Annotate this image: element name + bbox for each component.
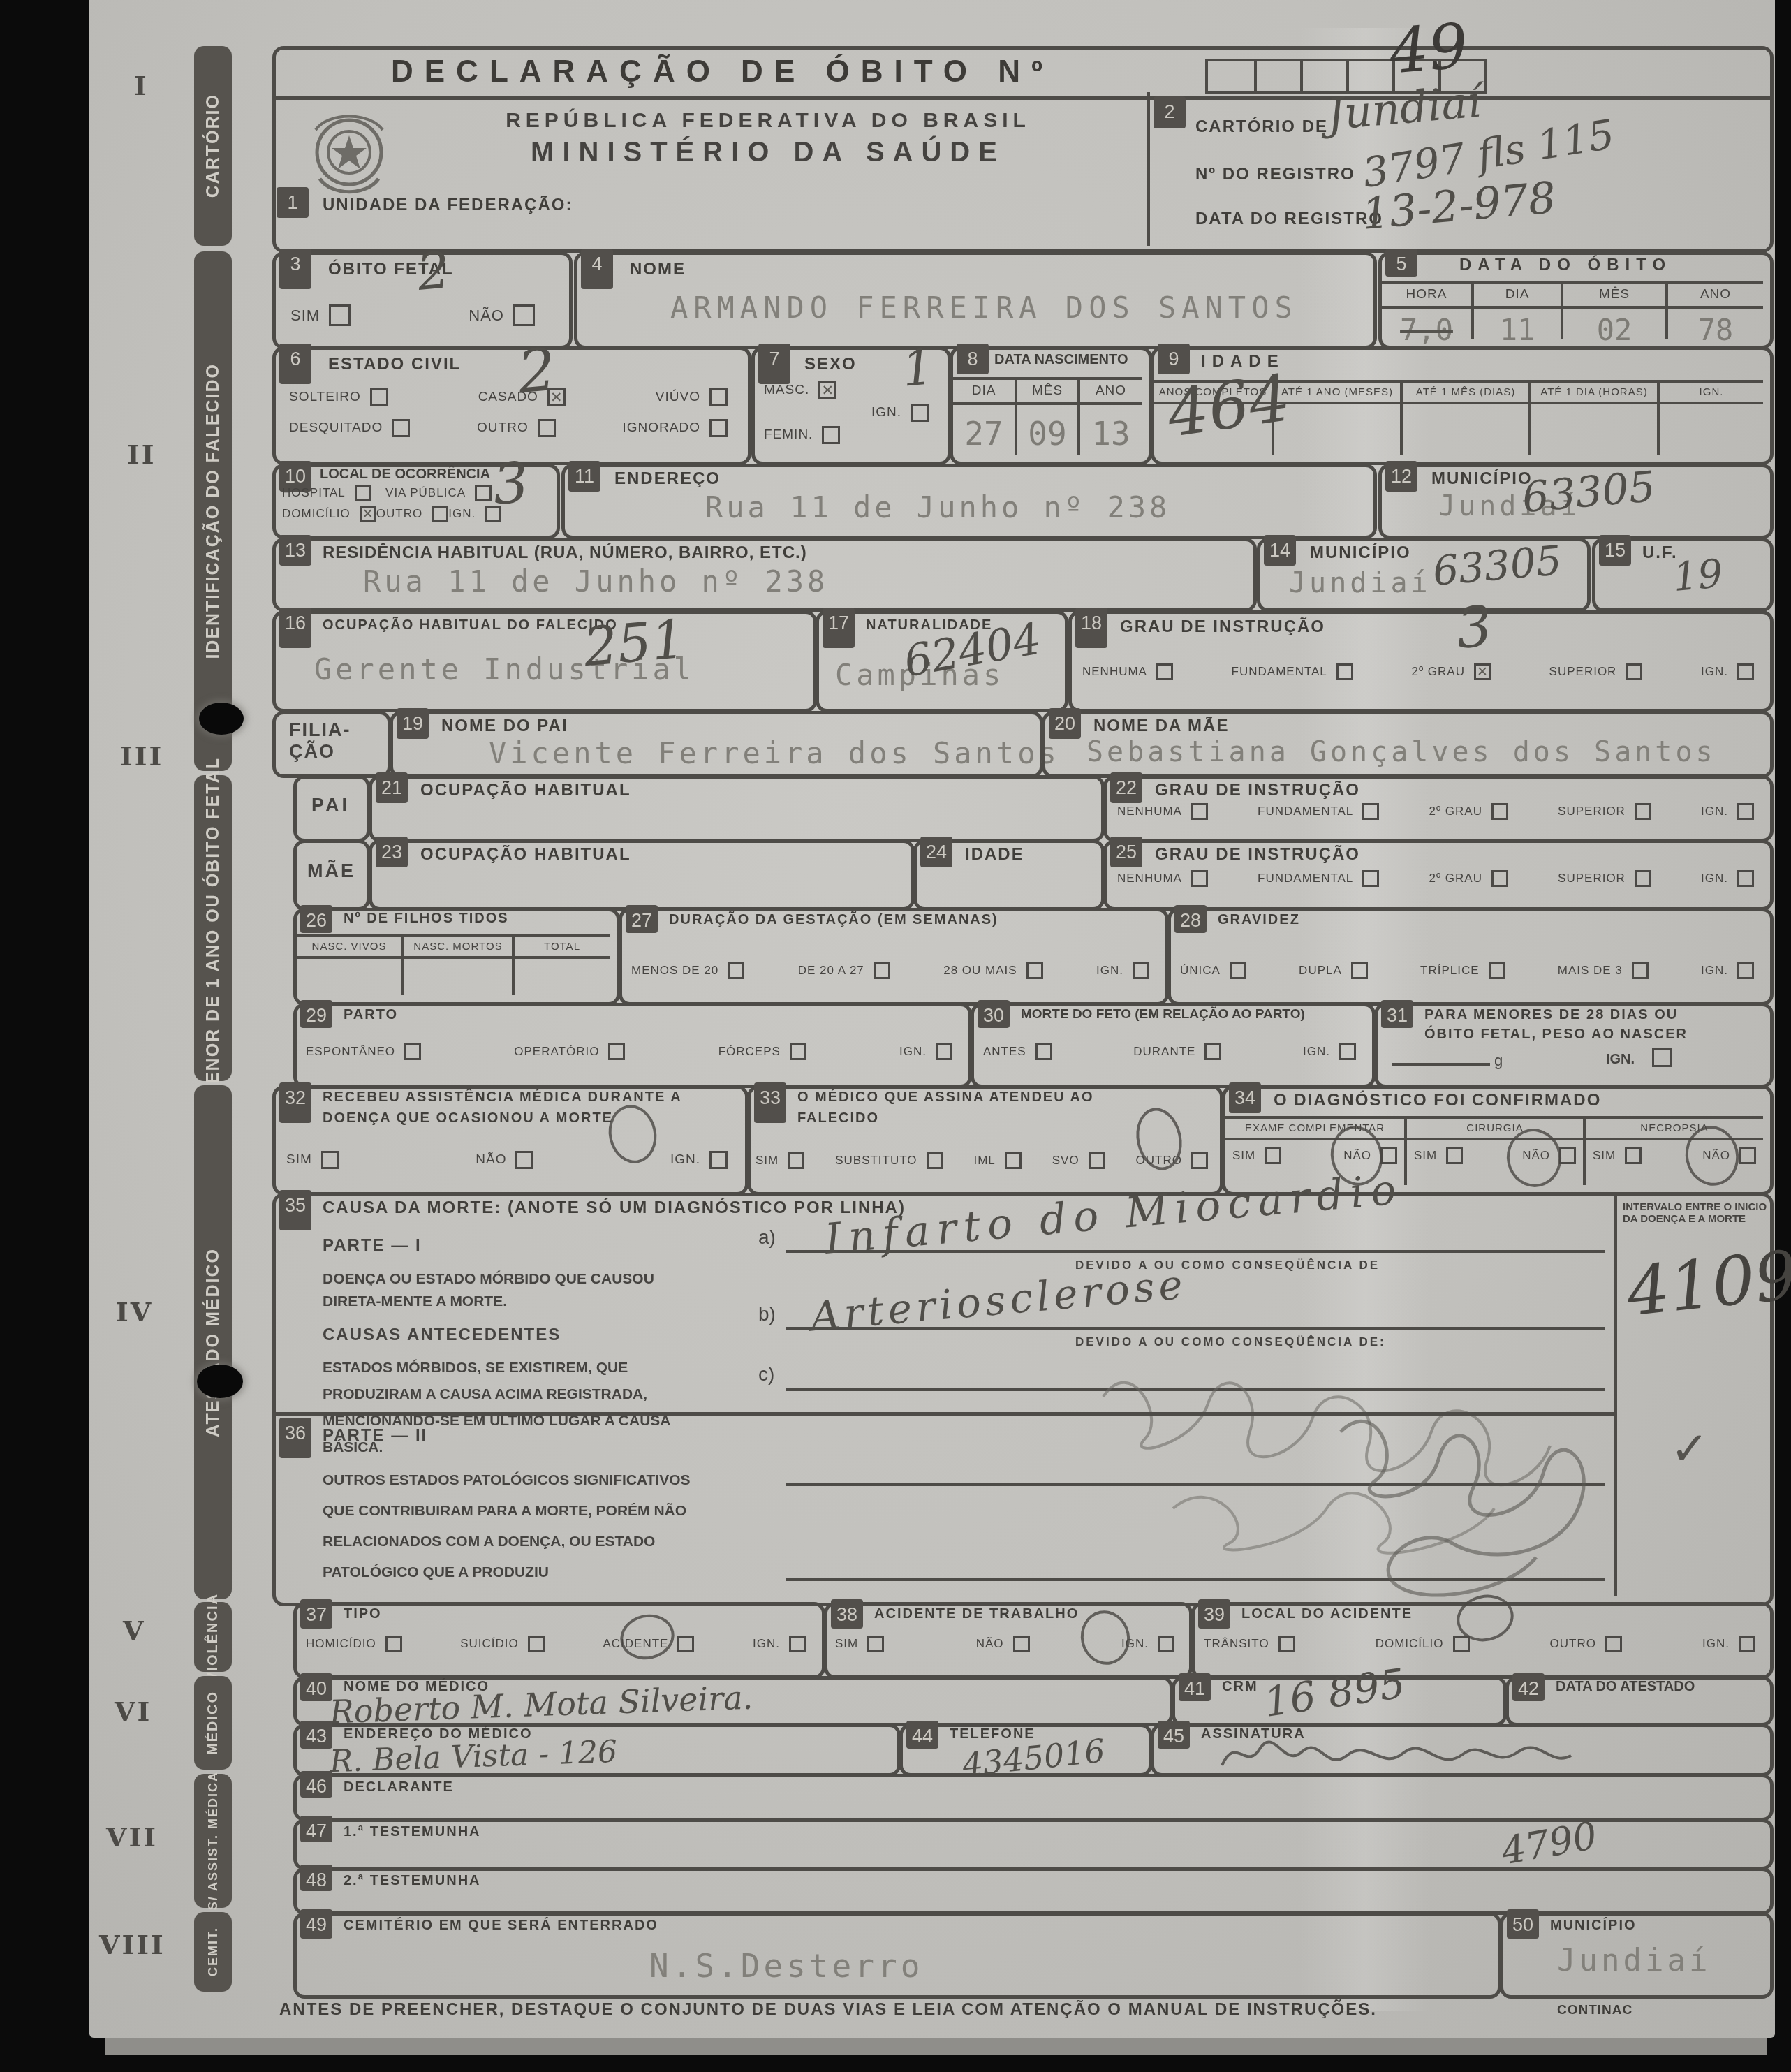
checkbox[interactable] [385, 1636, 402, 1652]
checkbox-label: DURANTE [1133, 1045, 1195, 1059]
checkbox[interactable] [1191, 1152, 1208, 1169]
checkbox[interactable] [1632, 962, 1649, 979]
checkbox-item: OUTRO [477, 419, 556, 437]
rail-label: MENOR DE 1 ANO OU ÓBITO FETAL [203, 757, 223, 1100]
signature-scribble [1215, 1731, 1578, 1779]
field-20-label: NOME DA MÃE [1093, 717, 1229, 736]
rail-section-cemit: CEMIT. [194, 1912, 232, 1992]
intervalo-divider [1614, 1196, 1617, 1596]
section-numeral: III [120, 740, 163, 772]
field-25-tab: 25 [1110, 837, 1142, 867]
checkbox-item: SUPERIOR [1558, 870, 1651, 887]
checkbox-item: MENOS DE 20 [631, 962, 744, 979]
checkbox-label: ESPONTÂNEO [306, 1045, 395, 1059]
checkbox-row: SIMNÃOIGN. [286, 1151, 728, 1169]
field-27-label: DURAÇÃO DA GESTAÇÃO (EM SEMANAS) [669, 912, 998, 928]
checkbox-label: VIÚVO [656, 390, 700, 405]
checkbox[interactable] [1230, 962, 1246, 979]
rail-section-atestado: ATESTADO MÉDICO [194, 1085, 232, 1599]
rail-label: S/ ASSIST. MÉDICA [206, 1771, 221, 1910]
field-32-label1: RECEBEU ASSISTÊNCIA MÉDICA DURANTE A [323, 1089, 682, 1105]
ministry-line: MINISTÉRIO DA SAÚDE [419, 137, 1117, 168]
checkbox[interactable] [1491, 870, 1508, 887]
checkbox-item: NÃO [469, 304, 535, 326]
checkbox[interactable] [874, 962, 890, 979]
checkbox[interactable] [1191, 803, 1208, 820]
checkbox-item: FÓRCEPS [718, 1043, 806, 1060]
checkbox-row: HOSPITALVIA PÚBLICA [282, 485, 492, 501]
field-42-label: DATA DO ATESTADO [1556, 1679, 1695, 1695]
checkbox-item: FUNDAMENTAL [1232, 663, 1353, 680]
checkbox-item: IGNORADO [623, 419, 728, 437]
field-48-label: 2.ª TESTEMUNHA [344, 1873, 481, 1889]
paper-bottom-edge [105, 2038, 1767, 2055]
checkbox[interactable] [538, 419, 556, 437]
checkbox-item: SIM [1593, 1147, 1642, 1164]
field-4-tab: 4 [581, 249, 613, 289]
checkbox[interactable] [1339, 1043, 1356, 1060]
registro-label: Nº DO REGISTRO [1195, 165, 1355, 184]
local-acidente-options: TRÂNSITODOMICÍLIOOUTROIGN. [1204, 1636, 1755, 1652]
checkbox-label: SIM [1232, 1149, 1255, 1163]
checkbox-row: NENHUMAFUNDAMENTAL2º GRAUSUPERIORIGN. [1117, 870, 1754, 887]
sexo-options: MASC.✕IGN.FEMIN. [764, 381, 930, 444]
field-42-tab: 42 [1512, 1673, 1545, 1701]
checkbox-label: TRÂNSITO [1204, 1637, 1269, 1651]
field-30-tab: 30 [978, 1000, 1010, 1028]
field-15-tab: 15 [1599, 535, 1631, 566]
hand-declaration-number: 49 [1387, 9, 1471, 87]
checkbox-label: ÚNICA [1180, 964, 1221, 978]
checkbox-label: OUTRO [1136, 1154, 1182, 1168]
checkbox[interactable] [1278, 1636, 1295, 1652]
field-8-label: DATA NASCIMENTO [994, 352, 1128, 368]
checkbox-item: VIA PÚBLICA [385, 485, 492, 501]
field-35-label: CAUSA DA MORTE: (ANOTE SÓ UM DIAGNÓSTICO… [323, 1198, 906, 1218]
header-divider [1147, 92, 1150, 246]
checkbox-label: IGN. [1701, 872, 1728, 886]
checkbox-item: IGN. [753, 1636, 806, 1652]
checkbox-item: IGN. [448, 506, 501, 522]
field-31-label2: ÓBITO FETAL, PESO AO NASCER [1424, 1027, 1688, 1043]
field-41-label: CRM [1222, 1679, 1258, 1695]
hand-grau-instrucao: 3 [1454, 594, 1495, 661]
ano-value: 78 [1668, 309, 1763, 347]
checkbox-item: ANTES [983, 1043, 1052, 1060]
parte2-desc: OUTROS ESTADOS PATOLÓGICOS SIGNIFICATIVO… [323, 1465, 714, 1588]
checkbox[interactable] [1204, 1043, 1221, 1060]
rail-label: CEMIT. [206, 1927, 221, 1976]
field-1-tab: 1 [277, 187, 309, 218]
typed-residencia: Rua 11 de Junho nº 238 [363, 564, 828, 598]
checkbox[interactable] [321, 1151, 339, 1169]
checkbox-label: DE 20 A 27 [798, 964, 864, 978]
checkbox[interactable] [392, 419, 410, 437]
field-47-tab: 47 [300, 1816, 332, 1842]
checkbox-label: 2º GRAU [1411, 665, 1465, 679]
assistencia-options: SIMNÃOIGN. [286, 1151, 728, 1169]
field-6-label: ESTADO CIVIL [328, 355, 461, 374]
checkbox[interactable] [1625, 1147, 1642, 1164]
checkbox[interactable] [528, 1636, 545, 1652]
parto-options: ESPONTÂNEOOPERATÓRIOFÓRCEPSIGN. [306, 1043, 952, 1060]
checkbox[interactable] [515, 1151, 533, 1169]
peso-unit-label: g [1494, 1052, 1503, 1070]
hand-obito-fetal: 2 [415, 240, 452, 302]
typed-municipio-cemiterio: Jundiaí [1557, 1943, 1711, 1978]
checkbox-item: SIM [286, 1151, 339, 1169]
checkbox[interactable] [1446, 1147, 1463, 1164]
field-16-label: OCUPAÇÃO HABITUAL DO FALECIDO [323, 617, 618, 633]
field-48-tab: 48 [300, 1865, 332, 1891]
checkbox[interactable] [1489, 962, 1505, 979]
field-23-tab: 23 [376, 837, 408, 867]
checkbox[interactable] [1133, 962, 1149, 979]
checkbox[interactable] [1336, 663, 1353, 680]
number-cell[interactable] [1254, 61, 1300, 91]
checkbox-item: SIM [756, 1152, 804, 1169]
checkbox[interactable] [709, 388, 728, 406]
checkbox-label: 2º GRAU [1429, 872, 1482, 886]
field-18-tab: 18 [1075, 608, 1107, 648]
number-cell[interactable] [1208, 61, 1254, 91]
col-header: DIA [953, 380, 1015, 405]
checkbox-row: DESQUITADOOUTROIGNORADO [289, 419, 728, 437]
checkbox[interactable] [329, 304, 351, 326]
typed-cemiterio: N.S.Desterro [649, 1947, 923, 1985]
checkbox[interactable] [789, 1636, 806, 1652]
mes-value: 02 [1563, 309, 1665, 347]
gravidez-options: ÚNICADUPLATRÍPLICEMAIS DE 3IGN. [1180, 962, 1754, 979]
checkbox[interactable] [709, 1151, 728, 1169]
checkbox-label: NÃO [976, 1637, 1004, 1651]
tipo-violencia-options: HOMICÍDIOSUICÍDIOACIDENTEIGN. [306, 1636, 806, 1652]
republic-line: REPÚBLICA FEDERATIVA DO BRASIL [419, 109, 1117, 133]
checkbox-label: DUPLA [1299, 964, 1342, 978]
line-c-letter: c) [758, 1363, 774, 1386]
checkbox[interactable] [911, 404, 929, 422]
field-41-tab: 41 [1179, 1673, 1211, 1701]
data-registro-label: DATA DO REGISTRO [1195, 210, 1383, 229]
checkbox[interactable] [1453, 1636, 1470, 1652]
rail-label: IDENTIFICAÇÃO DO FALECIDO [203, 363, 223, 659]
checkbox-item: NÃO [476, 1151, 533, 1169]
checkbox[interactable] [404, 1043, 421, 1060]
checkbox[interactable] [355, 485, 371, 501]
parte2-label: PARTE — II [323, 1426, 427, 1446]
medico-atendeu-options: SIMSUBSTITUTOIMLSVOOUTRO [756, 1152, 1208, 1169]
line-a-letter: a) [758, 1226, 776, 1249]
col-header: NASC. VIVOS [297, 937, 401, 959]
col-header: ATÉ 1 DIA (HORAS) [1531, 383, 1657, 404]
field-27-tab: 27 [626, 905, 658, 933]
typed-nome-pai: Vicente Ferreira dos Santos [489, 736, 1060, 770]
checkbox-label: NENHUMA [1117, 872, 1182, 886]
checkbox[interactable] [513, 304, 535, 326]
checkbox[interactable]: ✕ [547, 388, 566, 406]
checkbox-label: HOSPITAL [282, 486, 346, 500]
col-header: DIA [1474, 284, 1561, 309]
checkbox-label: SIM [1593, 1149, 1616, 1163]
checkbox-label: NENHUMA [1117, 804, 1182, 818]
checkbox[interactable] [927, 1152, 943, 1169]
checkbox-item: SUPERIOR [1549, 663, 1643, 680]
section-numeral: VII [106, 1821, 158, 1853]
checkbox[interactable] [1491, 803, 1508, 820]
checkbox-item: OUTRO [1136, 1152, 1208, 1169]
ano-nasc-value: 13 [1080, 405, 1142, 453]
checkbox[interactable]: ✕ [818, 381, 836, 399]
nascimento-table: DIA27 MÊS09 ANO13 [953, 377, 1142, 455]
filiacao-line2: ÇÃO [289, 741, 351, 763]
parte1-desc: DOENÇA OU ESTADO MÓRBIDO QUE CAUSOU DIRE… [323, 1268, 714, 1313]
checkbox-item: FUNDAMENTAL [1258, 803, 1379, 820]
field-10-label: LOCAL DE OCORRÊNCIA [320, 466, 490, 483]
checkbox-label: FÓRCEPS [718, 1045, 781, 1059]
checkbox-label: SIM [1414, 1149, 1437, 1163]
rail-section-sassist: S/ ASSIST. MÉDICA [194, 1774, 232, 1908]
checkbox-row: SIMNÃO [290, 304, 535, 326]
field-17-tab: 17 [823, 608, 855, 648]
rail-label: CARTÓRIO [203, 94, 223, 198]
checkbox-item: NÃO [976, 1636, 1030, 1652]
field-31-label1: PARA MENORES DE 28 DIAS OU [1424, 1007, 1678, 1023]
checkbox-row: ESPONTÂNEOOPERATÓRIOFÓRCEPSIGN. [306, 1043, 952, 1060]
rail-section-violencia: VIOLÊNCIA [194, 1602, 232, 1672]
intervalo-header: INTERVALO ENTRE O INICIODA DOENÇA E A MO… [1623, 1201, 1767, 1225]
checkbox-row: MASC.✕ [764, 381, 930, 399]
checkbox[interactable] [728, 962, 744, 979]
checkbox[interactable] [1737, 870, 1754, 887]
checkbox-row: DOMICÍLIO✕OUTROIGN. [282, 506, 492, 522]
checkbox[interactable] [1191, 870, 1208, 887]
field-8-tab: 8 [957, 344, 989, 374]
field-50-label: MUNICÍPIO [1550, 1918, 1637, 1934]
section-numeral: I [134, 70, 149, 101]
checkbox-item: TRÍPLICE [1420, 962, 1505, 979]
checkbox[interactable] [822, 426, 840, 444]
checkbox-label: NENHUMA [1082, 665, 1147, 679]
checkbox[interactable]: ✕ [1474, 663, 1491, 680]
checkbox-label: IGN. [753, 1637, 780, 1651]
checkbox[interactable] [1380, 1147, 1397, 1164]
checkbox-label: IGN. [1701, 804, 1728, 818]
checkbox[interactable] [1739, 1147, 1756, 1164]
checkbox[interactable] [790, 1043, 806, 1060]
checkbox-label: IGNORADO [623, 420, 700, 436]
field-12-label: MUNICÍPIO [1431, 469, 1533, 489]
checkbox-item: IGN. [1702, 1636, 1755, 1652]
checkbox[interactable] [1635, 870, 1651, 887]
field-19-tab: 19 [397, 708, 429, 739]
checkbox[interactable] [370, 388, 388, 406]
field-38-label: ACIDENTE DE TRABALHO [874, 1606, 1079, 1622]
checkbox[interactable] [1362, 803, 1379, 820]
checkbox[interactable]: ✕ [360, 506, 376, 522]
checkbox-row: FEMIN. [764, 426, 930, 444]
typed-endereco: Rua 11 de Junho nº 238 [705, 490, 1170, 524]
section-numeral: VI [115, 1696, 152, 1727]
field-33-tab: 33 [754, 1082, 786, 1123]
field-32-tab: 32 [279, 1082, 311, 1123]
checkbox-item: SIM [1232, 1147, 1281, 1164]
checkbox[interactable] [432, 506, 448, 522]
field-39-label: LOCAL DO ACIDENTE [1241, 1606, 1413, 1622]
field-49-label: CEMITÉRIO EM QUE SERÁ ENTERRADO [344, 1918, 658, 1934]
number-cell[interactable] [1300, 61, 1346, 91]
checkbox-item: SUBSTITUTO [835, 1152, 943, 1169]
dia-value: 11 [1474, 309, 1561, 347]
checkbox-item: IGN. [1701, 962, 1754, 979]
field-24-tab: 24 [920, 837, 952, 867]
checkbox-label: FUNDAMENTAL [1232, 665, 1327, 679]
field-37-tab: 37 [300, 1599, 332, 1629]
checkbox-label: IGN. [1702, 1637, 1730, 1651]
checkbox[interactable] [608, 1043, 625, 1060]
checkbox-row: NENHUMAFUNDAMENTAL2º GRAU✕SUPERIORIGN. [1082, 663, 1754, 680]
field-43-tab: 43 [300, 1721, 332, 1749]
field-20-tab: 20 [1049, 708, 1081, 739]
checkbox-item: OUTRO [1550, 1636, 1622, 1652]
checkbox[interactable] [1605, 1636, 1622, 1652]
hora-value: 7,0 [1382, 309, 1471, 347]
checkbox-row: ANTESDURANTEIGN. [983, 1043, 1356, 1060]
gestacao-options: MENOS DE 20DE 20 A 2728 OU MAISIGN. [631, 962, 1149, 979]
filiacao-label: FILIA-ÇÃO [289, 719, 351, 763]
checkbox-item: SIM [1414, 1147, 1463, 1164]
checkbox-item: ÚNICA [1180, 962, 1246, 979]
checkbox[interactable] [677, 1636, 694, 1652]
checkbox[interactable] [1737, 803, 1754, 820]
checkbox[interactable] [1156, 663, 1173, 680]
section-numeral: IV [116, 1296, 153, 1328]
checkbox[interactable] [1351, 962, 1368, 979]
field-39-tab: 39 [1198, 1599, 1230, 1629]
field-18-label: GRAU DE INSTRUÇÃO [1120, 617, 1325, 637]
checkbox-item: 2º GRAU✕ [1411, 663, 1491, 680]
field-48-box [293, 1867, 1774, 1915]
checkbox[interactable] [788, 1152, 804, 1169]
checkbox[interactable] [475, 485, 492, 501]
checkbox-label: OPERATÓRIO [514, 1045, 599, 1059]
field-46-label: DECLARANTE [344, 1779, 454, 1795]
checkbox-item: IGN. [1701, 663, 1754, 680]
checkbox-item: VIÚVO [656, 388, 728, 406]
checkbox-item: IGN. [1096, 962, 1149, 979]
punch-hole [199, 703, 244, 735]
field-44-tab: 44 [906, 1721, 938, 1749]
checkbox-label: SUPERIOR [1558, 872, 1626, 886]
field-3-tab: 3 [279, 249, 311, 289]
local-ocorrencia-options: HOSPITALVIA PÚBLICADOMICÍLIO✕OUTROIGN. [282, 485, 492, 522]
checkbox[interactable] [1362, 870, 1379, 887]
field-36-tab: 36 [279, 1418, 311, 1458]
checkbox-label: IML [973, 1154, 995, 1168]
checkbox-item: MASC.✕ [764, 381, 836, 399]
checkbox-label: FUNDAMENTAL [1258, 872, 1353, 886]
field-33-label2: FALECIDO [797, 1110, 879, 1126]
checkbox-label: MAIS DE 3 [1558, 964, 1623, 978]
field-14-tab: 14 [1264, 535, 1296, 566]
checkbox-item: IGN. [1701, 870, 1754, 887]
checkbox[interactable] [1737, 962, 1754, 979]
checkbox[interactable] [1035, 1043, 1052, 1060]
checkbox[interactable] [936, 1043, 952, 1060]
col-header: ANO [1668, 284, 1763, 309]
rail-section-cartorio: CARTÓRIO [194, 46, 232, 246]
checkbox-label: IGN. [1096, 964, 1123, 978]
col-header: HORA [1382, 284, 1471, 309]
checkbox[interactable] [1626, 663, 1642, 680]
checkbox[interactable] [1158, 1636, 1174, 1652]
checkbox[interactable] [867, 1636, 884, 1652]
checkbox-label: SUBSTITUTO [835, 1154, 917, 1168]
checkbox[interactable] [1026, 962, 1043, 979]
field-49-tab: 49 [300, 1909, 332, 1939]
rail-label: ATESTADO MÉDICO [203, 1248, 223, 1437]
checkbox-label: IGN. [871, 405, 901, 420]
checkbox[interactable] [709, 419, 728, 437]
field-11-tab: 11 [568, 461, 600, 492]
hand-uf: 19 [1671, 551, 1725, 601]
checkbox-row: SIMSUBSTITUTOIMLSVOOUTRO [756, 1152, 1208, 1169]
checkbox[interactable] [1739, 1636, 1755, 1652]
section-numeral: II [127, 439, 156, 470]
cartorio-label: CARTÓRIO DE [1195, 117, 1328, 137]
intervalo-line1: INTERVALO ENTRE O INICIO [1623, 1201, 1767, 1213]
checkbox[interactable] [1559, 1147, 1576, 1164]
typed-municipio-residencia: Jundiaí [1289, 567, 1431, 599]
checkbox-item: DURANTE [1133, 1043, 1221, 1060]
hand-ocupacao-codigo: 251 [581, 608, 687, 678]
checkbox[interactable] [1635, 803, 1651, 820]
checkbox-item: SUICÍDIO [460, 1636, 545, 1652]
checkbox[interactable] [1089, 1152, 1105, 1169]
field-29-tab: 29 [300, 1000, 332, 1028]
checkbox[interactable] [1005, 1152, 1022, 1169]
checkbox[interactable] [485, 506, 501, 522]
checkbox-item: IGN. [1701, 803, 1754, 820]
checkbox-label: DOMICÍLIO [1376, 1637, 1444, 1651]
checkbox-item: IGN. [899, 1043, 952, 1060]
checkbox-label: OUTRO [376, 507, 422, 521]
checkbox-item: HOSPITAL [282, 485, 371, 501]
checkbox-row: TRÂNSITODOMICÍLIOOUTROIGN. [1204, 1636, 1755, 1652]
checkbox[interactable] [1265, 1147, 1281, 1164]
field-1-label: UNIDADE DA FEDERAÇÃO: [323, 196, 573, 215]
field-50-tab: 50 [1507, 1909, 1539, 1939]
checkbox-item: HOMICÍDIO [306, 1636, 402, 1652]
field-11-label: ENDEREÇO [614, 469, 721, 489]
checkbox[interactable] [1737, 663, 1754, 680]
col-header: NASC. MORTOS [404, 937, 512, 959]
line-b-letter: b) [758, 1303, 776, 1325]
checkbox-row: ÚNICADUPLATRÍPLICEMAIS DE 3IGN. [1180, 962, 1754, 979]
checkbox-label: CASADO [478, 390, 538, 405]
field-32-label2: DOENÇA QUE OCASIONOU A MORTE [323, 1110, 613, 1126]
checkbox-item: DESQUITADO [289, 419, 410, 437]
checkbox[interactable] [1652, 1048, 1672, 1067]
field-12-tab: 12 [1385, 461, 1417, 492]
checkbox-row: IGN. [764, 404, 930, 422]
checkbox-label: DOMICÍLIO [282, 507, 351, 521]
checkbox-item: ESPONTÂNEO [306, 1043, 421, 1060]
checkbox-label: 2º GRAU [1429, 804, 1482, 818]
col-header: CIRURGIA [1407, 1119, 1583, 1140]
checkbox-label: SUPERIOR [1558, 804, 1626, 818]
checkbox[interactable] [1013, 1636, 1030, 1652]
col-header: ATÉ 1 MÊS (DIAS) [1403, 383, 1528, 404]
